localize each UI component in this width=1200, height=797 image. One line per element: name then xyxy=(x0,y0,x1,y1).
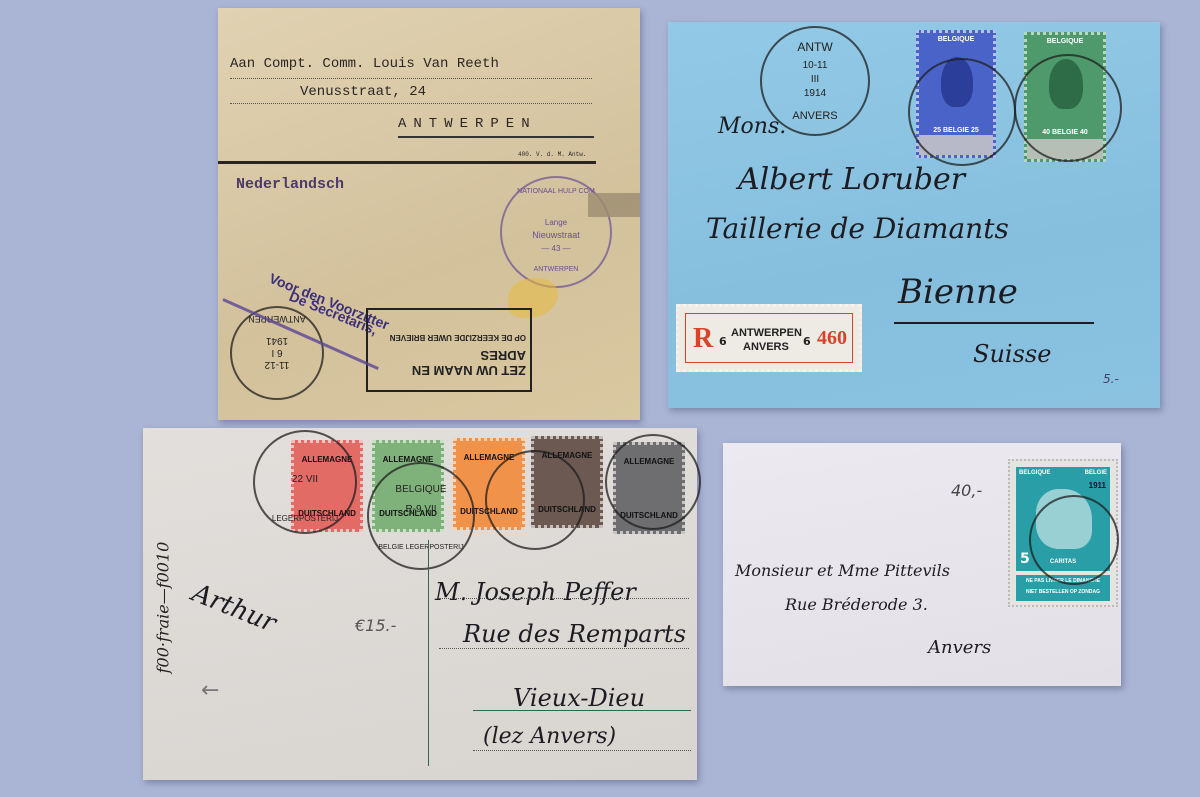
small-postmark xyxy=(1029,495,1119,585)
pencil-note: 5.- xyxy=(1103,372,1119,386)
sender-signature: Arthur xyxy=(188,578,280,639)
registration-label: R 6 ANTWERPEN ANVERS 6 460 xyxy=(676,304,862,372)
postcard: f00·fraie—f0010 ALLEMAGNE DUITSCHLAND AL… xyxy=(143,428,697,780)
addressee-city: Bienne xyxy=(898,272,1018,312)
recipient-street: Rue des Remparts xyxy=(463,620,686,648)
address-line-1: Aan Compt. Comm. Louis Van Reeth xyxy=(230,56,499,72)
salutation: Mons. xyxy=(718,114,786,139)
blue-envelope: ANTW 10-11 III 1914 ANVERS BELGIQUE 25 B… xyxy=(668,22,1160,408)
military-postmark-1: 22 VII LEGERPOSTERIJ xyxy=(253,430,357,534)
side-text: f00·fraie—f0010 xyxy=(154,448,173,768)
fold-line xyxy=(218,161,596,164)
language-stamp: Nederlandsch xyxy=(236,176,344,193)
slogan-box: ZET UW NAAM EN ADRES OP DE KEERZIJDE UWE… xyxy=(366,308,532,392)
pencil-note: 40,- xyxy=(951,481,982,500)
registration-office: ANTWERPEN xyxy=(731,327,802,339)
registration-number: 460 xyxy=(817,327,847,350)
small-envelope: 40,- BELGIQUE BELGIE 1911 5 CARITAS NE P… xyxy=(723,443,1121,686)
divider-line xyxy=(428,540,429,766)
arrow-note: ← xyxy=(201,678,219,703)
addressee-name: Albert Loruber xyxy=(738,162,965,197)
price-note: €15.- xyxy=(355,616,396,635)
tape-mark xyxy=(588,193,640,217)
printer-mark: 400. V. d. M. Antw. xyxy=(518,151,586,158)
military-postmark-2: BELGIQUE R-9 VII BELGIE LEGERPOSTERIJ xyxy=(367,462,475,570)
recipient-street: Rue Bréderode 3. xyxy=(785,595,928,614)
recipient-city: Vieux-Dieu xyxy=(513,684,645,712)
addressee-business: Taillerie de Diamants xyxy=(706,212,1009,245)
wrapper-card: Aan Compt. Comm. Louis Van Reeth Venusst… xyxy=(218,8,640,420)
recipient-name: Monsieur et Mme Pittevils xyxy=(735,561,950,580)
recipient-name: M. Joseph Peffer xyxy=(435,578,636,606)
address-line-2: Venusstraat, 24 xyxy=(300,84,426,100)
registration-letter: R xyxy=(693,323,713,355)
addressee-country: Suisse xyxy=(973,340,1051,368)
recipient-region: (lez Anvers) xyxy=(483,724,616,749)
antwerpen-postmark: ANTWERPEN 11-12 6 I 1941 xyxy=(230,306,324,400)
address-line-3: ANTWERPEN xyxy=(398,116,537,132)
recipient-city: Anvers xyxy=(928,637,991,658)
